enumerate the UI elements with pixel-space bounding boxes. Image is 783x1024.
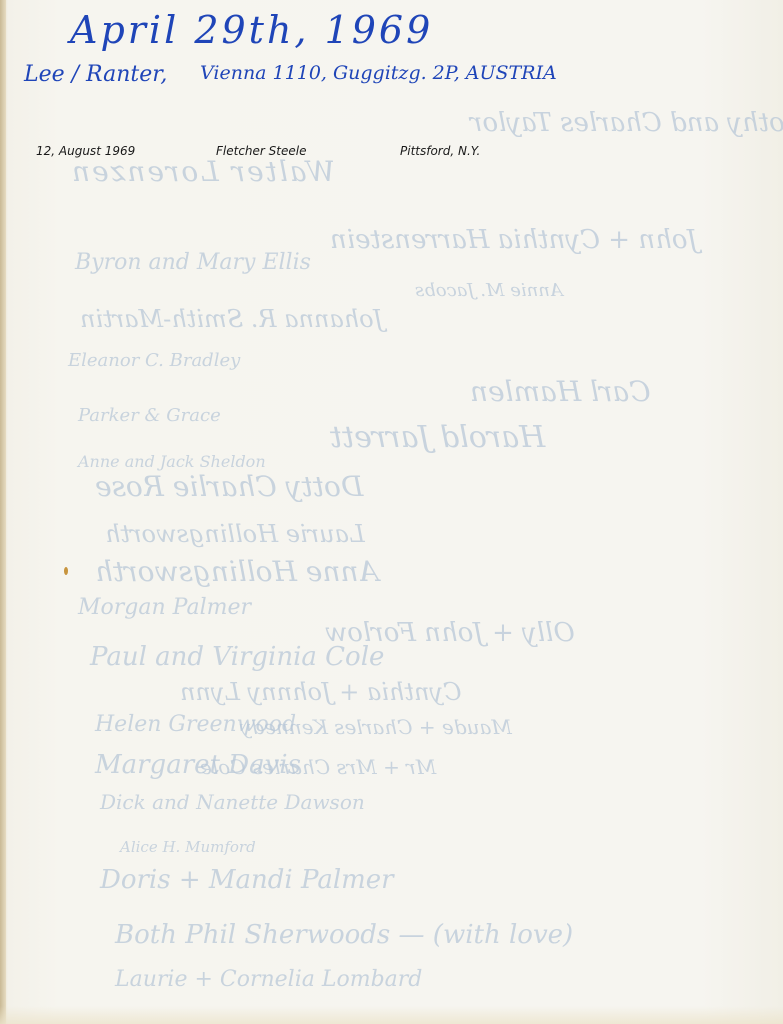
show-through-line: Mr + Mrs Charles Cole [200,755,436,779]
show-through-line: Anne and Jack Sheldon [78,452,266,471]
show-through-line: Harold Jarrett [330,420,545,455]
show-through-line: Byron and Mary Ellis [75,250,311,275]
show-through-line: Dotty Charlie Rose [95,470,363,503]
show-through-line: Laurie Hollingsworth [105,520,365,548]
show-through-line: Dorothy and Charles Taylor [470,108,783,138]
show-through-line: Parker & Grace [78,405,221,426]
show-through-line: Both Phil Sherwoods — (with love) [115,920,573,950]
show-through-line: Dick and Nanette Dawson [100,790,365,814]
show-through-line: Maude + Charles Kennedy [240,715,512,739]
show-through-line: Cynthia + Johnny Lynn [180,678,461,706]
show-through-line: Walter Lorenzen [70,155,335,188]
guestbook-page: Dorothy and Charles Taylor Walter Lorenz… [0,0,783,1024]
show-through-line: Paul and Virginia Cole [90,642,384,672]
show-through-line: Laurie + Cornelia Lombard [115,967,422,992]
show-through-line: Carl Hamlen [470,375,651,408]
entry-name: Lee / Ranter, [24,62,167,87]
show-through-line: Alice H. Mumford [120,838,256,856]
entry-date: April 29th, 1969 [70,8,433,52]
show-through-line: John + Cynthia Harrenstein [330,225,698,255]
entry-date: 12, August 1969 [36,144,135,158]
show-through-line: Annie M. Jacobs [415,280,563,301]
show-through-line: Johanna R. Smith-Martin [80,305,383,333]
show-through-line: Eleanor C. Bradley [68,350,240,371]
entry-address: Vienna 1110, Guggitzg. 2P, AUSTRIA [200,62,557,84]
paper-stain [64,567,68,575]
show-through-line: Doris + Mandi Palmer [100,865,394,895]
entry-name: Fletcher Steele [216,144,306,158]
show-through-line: Morgan Palmer [78,595,251,620]
show-through-line: Anne Hollingsworth [95,555,379,588]
entry-address: Pittsford, N.Y. [400,144,480,158]
